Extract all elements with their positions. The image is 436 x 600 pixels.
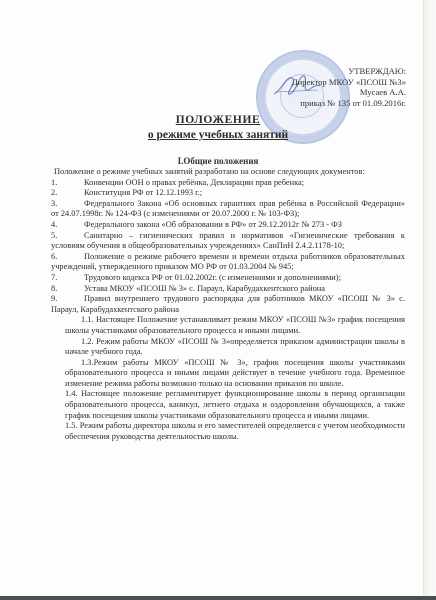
list-number: 6. xyxy=(51,252,84,263)
section-heading: I.Общие положения xyxy=(0,156,436,166)
bottom-border xyxy=(0,596,436,600)
document-title: ПОЛОЖЕНИЕ xyxy=(0,114,436,126)
list-text: Положение о режиме рабочего времени и вр… xyxy=(51,252,405,272)
list-text: Конституция РФ от 12.12.1993 г.; xyxy=(84,188,202,199)
clause-1-2: 1.2. Режим работы МКОУ «ПСОШ № 3»определ… xyxy=(51,337,405,358)
approval-position: Директор МКОУ «ПСОШ №3» xyxy=(292,77,406,88)
list-text: Конвенции ООН о правах ребёнка, Декларац… xyxy=(84,178,304,189)
list-number: 9. xyxy=(51,294,84,305)
clause-1-5: 1.5. Режим работы директора школы и его … xyxy=(51,421,405,442)
document-subtitle: о режиме учебных занятий xyxy=(0,129,436,141)
clause-1-1: 1.1. Настоящее Положение устанавливает р… xyxy=(51,315,405,336)
list-text: Федерального закона «Об образовании в РФ… xyxy=(84,220,342,231)
document-list-item: 3.Федерального Закона «Об основных гаран… xyxy=(51,199,405,220)
list-number: 7. xyxy=(51,273,84,284)
document-list-item: 6.Положение о режиме рабочего времени и … xyxy=(51,252,405,273)
approval-name: Мусаев А.А. xyxy=(292,87,406,98)
list-number: 2. xyxy=(51,188,84,199)
document-list-item: 8. Устава МКОУ «ПСОШ № 3» с. Параул, Кар… xyxy=(51,284,405,295)
list-text: Правил внутреннего трудового распорядка … xyxy=(51,294,405,314)
list-text: Трудового кодекса РФ от 01.02.2002г. (с … xyxy=(84,273,341,284)
clause-1-3: 1.3.Режим работы МКОУ «ПСОШ № 3», график… xyxy=(51,358,405,390)
clause-1-4: 1.4. Настоящее положение регламентирует … xyxy=(51,389,405,421)
approval-heading: УТВЕРЖДАЮ: xyxy=(292,66,406,77)
list-text: Устава МКОУ «ПСОШ № 3» с. Параул, Карабу… xyxy=(84,284,325,295)
document-list-item: 2. Конституция РФ от 12.12.1993 г.; xyxy=(51,188,405,199)
approval-block: УТВЕРЖДАЮ: Директор МКОУ «ПСОШ №3» Мусае… xyxy=(292,66,406,108)
document-list-item: 1. Конвенции ООН о правах ребёнка, Декла… xyxy=(51,178,405,189)
document-page: УТВЕРЖДАЮ: Директор МКОУ «ПСОШ №3» Мусае… xyxy=(0,0,436,596)
list-number: 5. xyxy=(51,231,84,242)
list-number: 8. xyxy=(51,284,84,295)
intro-paragraph: Положение о режиме учебных занятий разра… xyxy=(51,167,405,178)
list-number: 1. xyxy=(51,178,84,189)
list-text: Федерального Закона «Об основных гаранти… xyxy=(51,199,405,219)
approval-order: приказ № 135 от 01.09.2016г. xyxy=(292,98,406,109)
document-list-item: 9.Правил внутреннего трудового распорядк… xyxy=(51,294,405,315)
list-text: Санитарно – гигиенических правил и норма… xyxy=(51,231,405,251)
list-number: 3. xyxy=(51,199,84,210)
document-list-item: 4. Федерального закона «Об образовании в… xyxy=(51,220,405,231)
document-body: Положение о режиме учебных занятий разра… xyxy=(51,167,405,442)
document-list-item: 7. Трудового кодекса РФ от 01.02.2002г. … xyxy=(51,273,405,284)
document-list-item: 5.Санитарно – гигиенических правил и нор… xyxy=(51,231,405,252)
list-number: 4. xyxy=(51,220,84,231)
page-edge xyxy=(423,0,436,596)
